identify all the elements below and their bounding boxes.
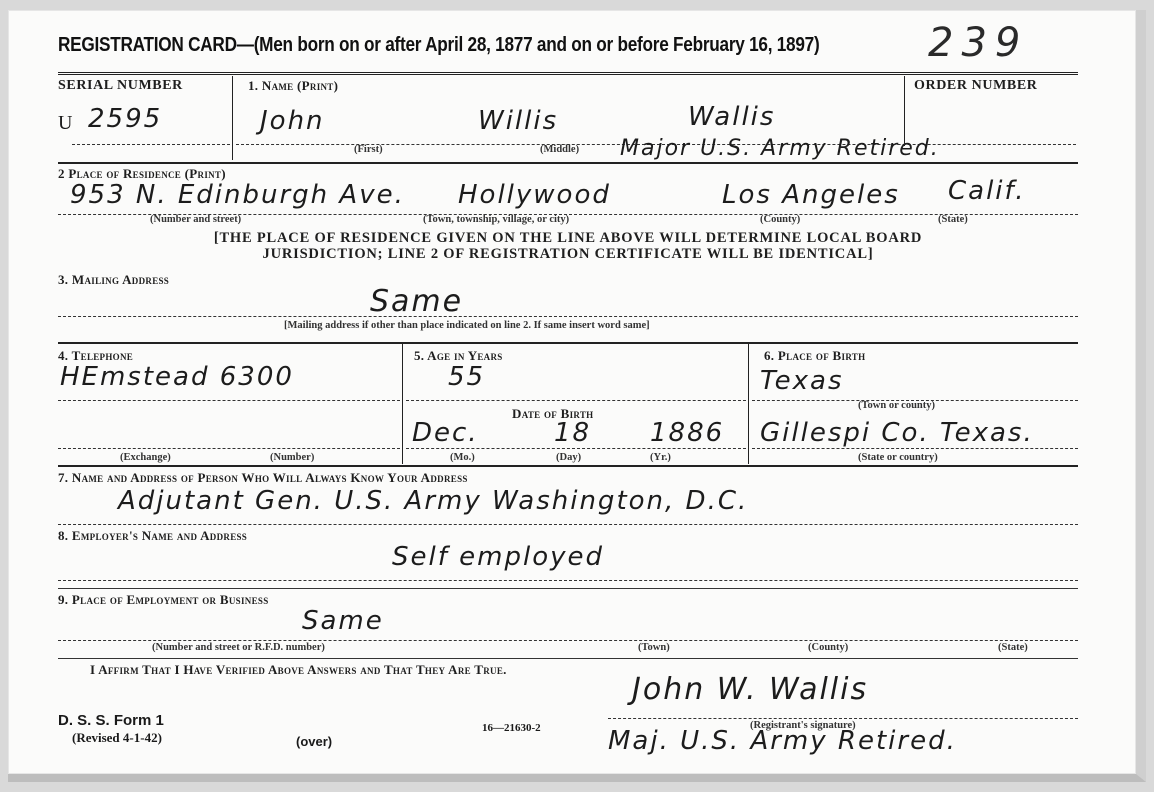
- month-caption: (Mo.): [450, 452, 475, 463]
- order-number-label: ORDER NUMBER: [914, 78, 1037, 94]
- mailing-label: 3. Mailing Address: [58, 272, 169, 288]
- residence-state: Calif.: [948, 176, 1026, 206]
- emp-state-caption: (State): [998, 642, 1028, 653]
- residence-street: 953 N. Edinburgh Ave.: [70, 180, 405, 210]
- state-caption: (State): [938, 214, 968, 225]
- mailing-caption: [Mailing address if other than place ind…: [284, 320, 650, 331]
- form-code: 16—21630-2: [482, 722, 541, 734]
- age-line: [406, 400, 746, 401]
- residence-notice: [THE PLACE OF RESIDENCE GIVEN ON THE LIN…: [58, 230, 1078, 262]
- serial-number-label: SERIAL NUMBER: [58, 78, 183, 94]
- name-last: Wallis: [688, 102, 775, 132]
- row3-rule: [58, 342, 1078, 344]
- serial-divider: [232, 76, 233, 160]
- exchange-caption: (Exchange): [120, 452, 171, 463]
- birthplace-label: 6. Place of Birth: [764, 348, 865, 364]
- employer-line: [58, 580, 1078, 581]
- tel-divider: [402, 344, 403, 464]
- order-number-handwritten: 239: [928, 20, 1028, 66]
- first-caption: (First): [354, 144, 383, 155]
- serial-prefix: U: [58, 112, 72, 135]
- employer-label: 8. Employer's Name and Address: [58, 528, 247, 544]
- contact-value: Adjutant Gen. U.S. Army Washington, D.C.: [118, 486, 748, 516]
- day-caption: (Day): [556, 452, 581, 463]
- street-caption: (Number and street): [150, 214, 241, 225]
- residence-county: Los Angeles: [722, 180, 900, 210]
- birth-month: Dec.: [412, 418, 479, 448]
- card-title: REGISTRATION CARD—(Men born on or after …: [58, 34, 819, 57]
- birth-date-line: [406, 448, 746, 449]
- telephone-line: [58, 400, 400, 401]
- row9-rule: [58, 658, 1078, 659]
- notice-line-2: JURISDICTION; LINE 2 OF REGISTRATION CER…: [58, 246, 1078, 262]
- age-divider: [748, 344, 749, 464]
- mailing-value: Same: [370, 284, 463, 319]
- middle-caption: (Middle): [540, 144, 579, 155]
- birthplace-town: Texas: [760, 366, 844, 396]
- title-rule: [58, 72, 1078, 75]
- order-divider: [904, 76, 905, 146]
- emp-street-caption: (Number and street or R.F.D. number): [152, 642, 325, 653]
- serial-line: [72, 144, 230, 145]
- birthplace-town-caption: (Town or county): [858, 400, 935, 411]
- form-revised: (Revised 4-1-42): [72, 730, 162, 746]
- contact-label: 7. Name and Address of Person Who Will A…: [58, 470, 468, 486]
- notice-line-1: [THE PLACE OF RESIDENCE GIVEN ON THE LIN…: [58, 230, 1078, 246]
- name-annotation: Major U.S. Army Retired.: [620, 136, 940, 161]
- form-name: D. S. S. Form 1: [58, 712, 164, 729]
- residence-town: Hollywood: [458, 180, 611, 210]
- name-middle: Willis: [478, 106, 558, 136]
- registration-card: REGISTRATION CARD—(Men born on or after …: [8, 10, 1146, 782]
- employment-place-line: [58, 640, 1078, 641]
- telephone-value: HEmstead 6300: [60, 362, 294, 392]
- serial-number-value: 2595: [88, 104, 162, 134]
- mailing-line: [58, 316, 1078, 317]
- signature-line: [608, 718, 1078, 719]
- employer-value: Self employed: [392, 542, 604, 572]
- county-caption: (County): [760, 214, 800, 225]
- birthplace-state: Gillespi Co. Texas.: [760, 418, 1034, 448]
- birthplace-line-2: [752, 448, 1078, 449]
- emp-county-caption: (County): [808, 642, 848, 653]
- row8-rule: [58, 588, 1078, 589]
- name-label: 1. Name (Print): [248, 78, 338, 94]
- affirmation-text: I Affirm That I Have Verified Above Answ…: [90, 662, 507, 678]
- row1-rule: [58, 162, 1078, 164]
- registrant-signature: John W. Wallis: [632, 672, 868, 707]
- over-note: (over): [296, 734, 332, 749]
- age-value: 55: [448, 362, 485, 392]
- number-caption: (Number): [270, 452, 314, 463]
- telephone-line-2: [58, 448, 400, 449]
- birth-day: 18: [554, 418, 591, 448]
- emp-town-caption: (Town): [638, 642, 670, 653]
- birthplace-state-caption: (State or country): [858, 452, 938, 463]
- year-caption: (Yr.): [650, 452, 671, 463]
- contact-line: [58, 524, 1078, 525]
- employment-place-label: 9. Place of Employment or Business: [58, 592, 269, 608]
- signature-annotation: Maj. U.S. Army Retired.: [608, 726, 957, 756]
- birth-year: 1886: [650, 418, 724, 448]
- employment-place-value: Same: [302, 606, 384, 636]
- town-caption: (Town, township, village, or city): [423, 214, 569, 225]
- row6-rule: [58, 465, 1078, 467]
- name-first: John: [260, 106, 325, 136]
